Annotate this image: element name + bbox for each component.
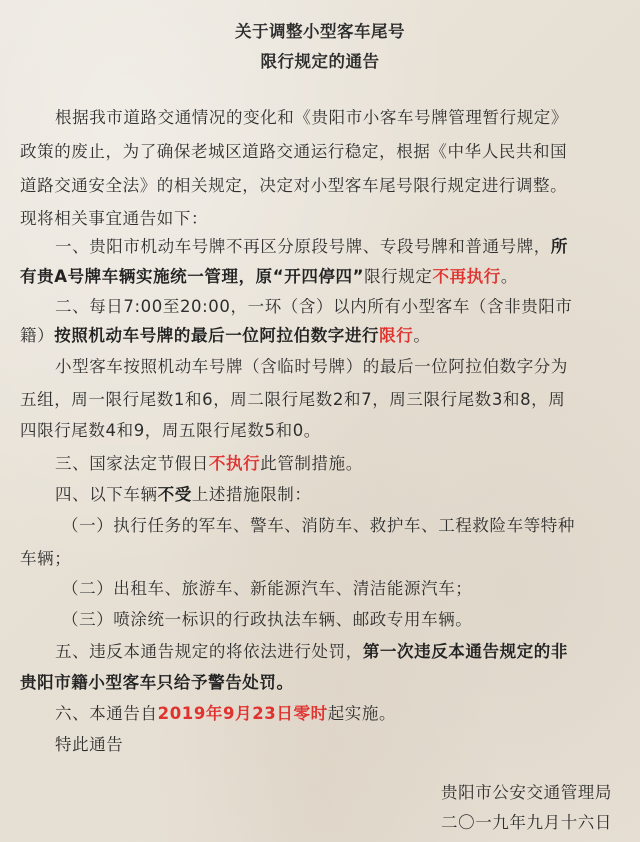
item-2-line-1: 二、每日7:00至20:00，一环（含）以内所有小型客车（含非贵阳市 <box>55 296 640 318</box>
item-1-red: 不再执行 <box>432 267 500 286</box>
intro-line-2: 政策的废止，为了确保老城区道路交通运行稳定，根据《中华人民共和国 <box>20 141 620 163</box>
item-6-suffix: 起实施。 <box>328 704 396 723</box>
item-2-text: 籍） <box>20 326 54 345</box>
intro-line-3: 道路交通安全法》的相关规定，决定对小型客车尾号限行规定进行调整。 <box>20 175 620 197</box>
item-3-prefix: 三、国家法定节假日 <box>55 454 209 473</box>
item-4-bold: 不受 <box>158 485 192 504</box>
item-1-text-2: 限行规定 <box>364 267 432 286</box>
sub-item-1-line-2: 车辆； <box>20 548 620 570</box>
notice-document: 关于调整小型客车尾号 限行规定的通告 根据我市道路交通情况的变化和《贵阳市小客车… <box>0 0 640 842</box>
item-5-line-1: 五、违反本通告规定的将依法进行处罚，第一次违反本通告规定的非 <box>55 641 640 663</box>
item-3: 三、国家法定节假日不执行此管制措施。 <box>55 453 640 475</box>
signature-date: 二〇一九年九月十六日 <box>441 812 612 834</box>
signature-issuer: 贵阳市公安交通管理局 <box>441 782 612 804</box>
item-5-bold-2: 贵阳市籍小型客车只给予警告处罚。 <box>20 673 294 692</box>
item-1-text: 一、贵阳市机动车号牌不再区分原段号牌、专段号牌和普通号牌， <box>55 237 551 256</box>
sub-item-1-line-1: （一）执行任务的军车、警车、消防车、救护车、工程救险车等特种 <box>62 515 640 537</box>
item-5-line-2: 贵阳市籍小型客车只给予警告处罚。 <box>20 672 620 694</box>
groups-line-2: 五组，周一限行尾数1和6，周二限行尾数2和7，周三限行尾数3和8，周 <box>20 389 620 411</box>
item-3-suffix: 此管制措施。 <box>260 454 363 473</box>
title-line-2: 限行规定的通告 <box>0 48 640 72</box>
item-6-red: 2019年9月23日零时 <box>158 704 328 723</box>
item-1-line-1: 一、贵阳市机动车号牌不再区分原段号牌、专段号牌和普通号牌，所 <box>55 236 640 258</box>
item-3-red: 不执行 <box>209 454 260 473</box>
intro-line-1: 根据我市道路交通情况的变化和《贵阳市小客车号牌管理暂行规定》 <box>55 107 640 129</box>
item-4-prefix: 四、以下车辆 <box>55 485 158 504</box>
item-1-bold-2: 有贵A号牌车辆实施统一管理，原“开四停四” <box>20 267 364 286</box>
item-5-text: 五、违反本通告规定的将依法进行处罚， <box>55 642 363 661</box>
item-6: 六、本通告自2019年9月23日零时起实施。 <box>55 703 640 725</box>
item-1-line-2: 有贵A号牌车辆实施统一管理，原“开四停四”限行规定不再执行。 <box>20 266 620 288</box>
item-4: 四、以下车辆不受上述措施限制： <box>55 484 640 506</box>
item-2-red: 限行 <box>379 326 413 345</box>
item-2-end: 。 <box>413 326 430 345</box>
item-1-bold: 所 <box>551 237 568 256</box>
sub-item-2: （二）出租车、旅游车、新能源汽车、清洁能源汽车； <box>62 578 640 600</box>
closing-text: 特此通告 <box>55 734 640 756</box>
item-5-bold: 第一次违反本通告规定的非 <box>363 642 568 661</box>
item-2-bold: 按照机动车号牌的最后一位阿拉伯数字进行 <box>54 326 379 345</box>
groups-line-3: 四限行尾数4和9，周五限行尾数5和0。 <box>20 420 620 442</box>
title-line-1: 关于调整小型客车尾号 <box>0 18 640 42</box>
groups-line-1: 小型客车按照机动车号牌（含临时号牌）的最后一位阿拉伯数字分为 <box>55 356 640 378</box>
sub-item-3: （三）喷涂统一标识的行政执法车辆、邮政专用车辆。 <box>62 609 640 631</box>
item-6-prefix: 六、本通告自 <box>55 704 158 723</box>
intro-line-4: 现将相关事宜通告如下： <box>20 208 620 230</box>
item-2-line-2: 籍）按照机动车号牌的最后一位阿拉伯数字进行限行。 <box>20 325 620 347</box>
item-1-end: 。 <box>501 267 518 286</box>
item-4-suffix: 上述措施限制： <box>192 485 312 504</box>
